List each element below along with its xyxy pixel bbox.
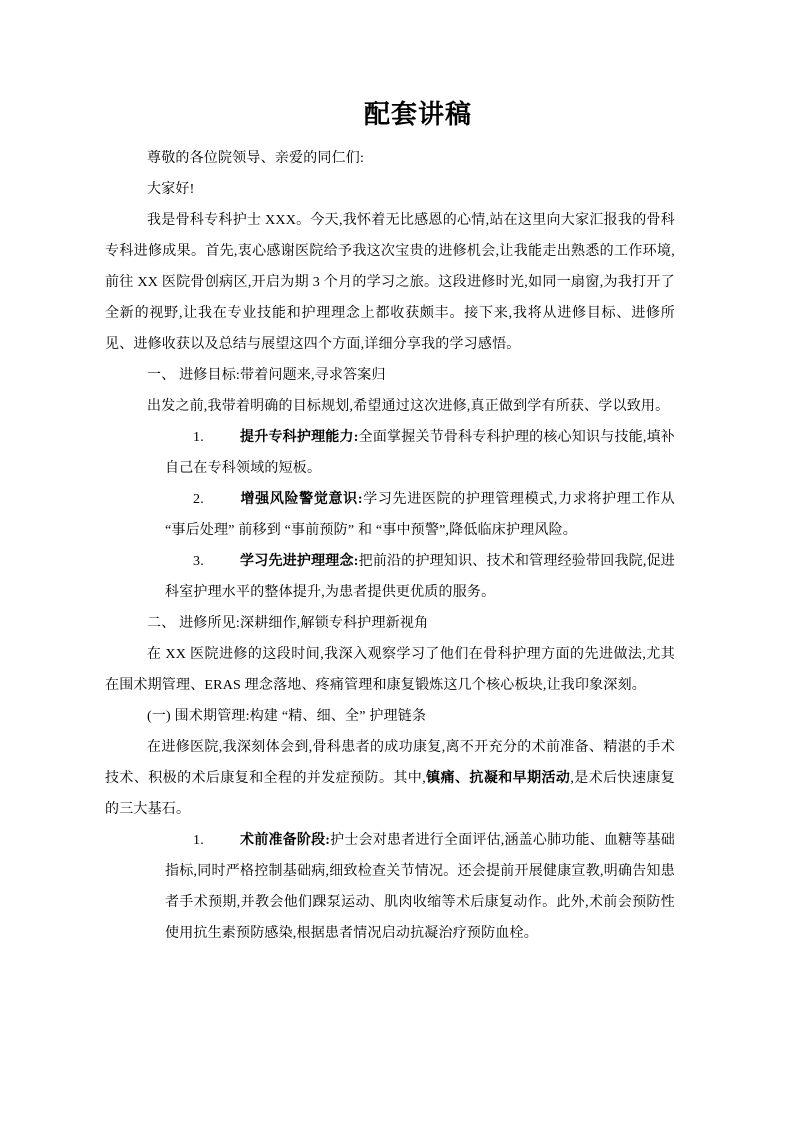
document-body: 尊敬的各位院领导、亲爱的同仁们: 大家好! 我是骨科专科护士 XXX。今天,我怀…	[105, 143, 675, 949]
salutation-line: 大家好!	[105, 174, 675, 205]
section-2-heading: 二、 进修所见:深耕细作,解锁专科护理新视角	[105, 608, 675, 639]
section-1-heading: 一、 进修目标:带着问题来,寻求答案归	[105, 360, 675, 391]
document-title: 配套讲稿	[0, 0, 794, 133]
intro-paragraph: 我是骨科专科护士 XXX。今天,我怀着无比感恩的心情,站在这里向大家汇报我的骨科…	[105, 205, 675, 360]
goal-item-2-label: 增强风险警觉意识:	[240, 492, 363, 507]
goal-item-1: 1.提升专科护理能力:全面掌握关节骨科专科护理的核心知识与技能,填补自己在专科领…	[105, 422, 675, 484]
perioperative-paragraph-bold: 镇痛、抗凝和早期活动	[426, 771, 570, 786]
step-item-1: 1.术前准备阶段:护士会对患者进行全面评估,涵盖心肺功能、血糖等基础指标,同时严…	[105, 825, 675, 949]
goal-item-2: 2.增强风险警觉意识:学习先进医院的护理管理模式,力求将护理工作从 “事后处理”…	[105, 484, 675, 546]
step-item-1-text: 护士会对患者进行全面评估,涵盖心肺功能、血糖等基础指标,同时严格控制基础病,细致…	[165, 833, 675, 941]
goal-item-1-number: 1.	[165, 422, 240, 453]
goal-item-1-label: 提升专科护理能力:	[240, 430, 359, 445]
subsection-1-heading: (一) 围术期管理:构建 “精、细、全” 护理链条	[105, 701, 675, 732]
step-item-1-label: 术前准备阶段:	[240, 833, 330, 848]
goal-item-3-label: 学习先进护理理念:	[240, 554, 359, 569]
section-1-lead: 出发之前,我带着明确的目标规划,希望通过这次进修,真正做到学有所获、学以致用。	[105, 391, 675, 422]
document-page: 配套讲稿 尊敬的各位院领导、亲爱的同仁们: 大家好! 我是骨科专科护士 XXX。…	[0, 0, 794, 1123]
goal-item-2-number: 2.	[165, 484, 240, 515]
goal-item-3: 3.学习先进护理理念:把前沿的护理知识、技术和管理经验带回我院,促进科室护理水平…	[105, 546, 675, 608]
greeting-line: 尊敬的各位院领导、亲爱的同仁们:	[105, 143, 675, 174]
goal-item-3-number: 3.	[165, 546, 240, 577]
perioperative-paragraph: 在进修医院,我深刻体会到,骨科患者的成功康复,离不开充分的术前准备、精湛的手术技…	[105, 732, 675, 825]
section-2-lead: 在 XX 医院进修的这段时间,我深入观察学习了他们在骨科护理方面的先进做法,尤其…	[105, 639, 675, 701]
step-item-1-number: 1.	[165, 825, 240, 856]
